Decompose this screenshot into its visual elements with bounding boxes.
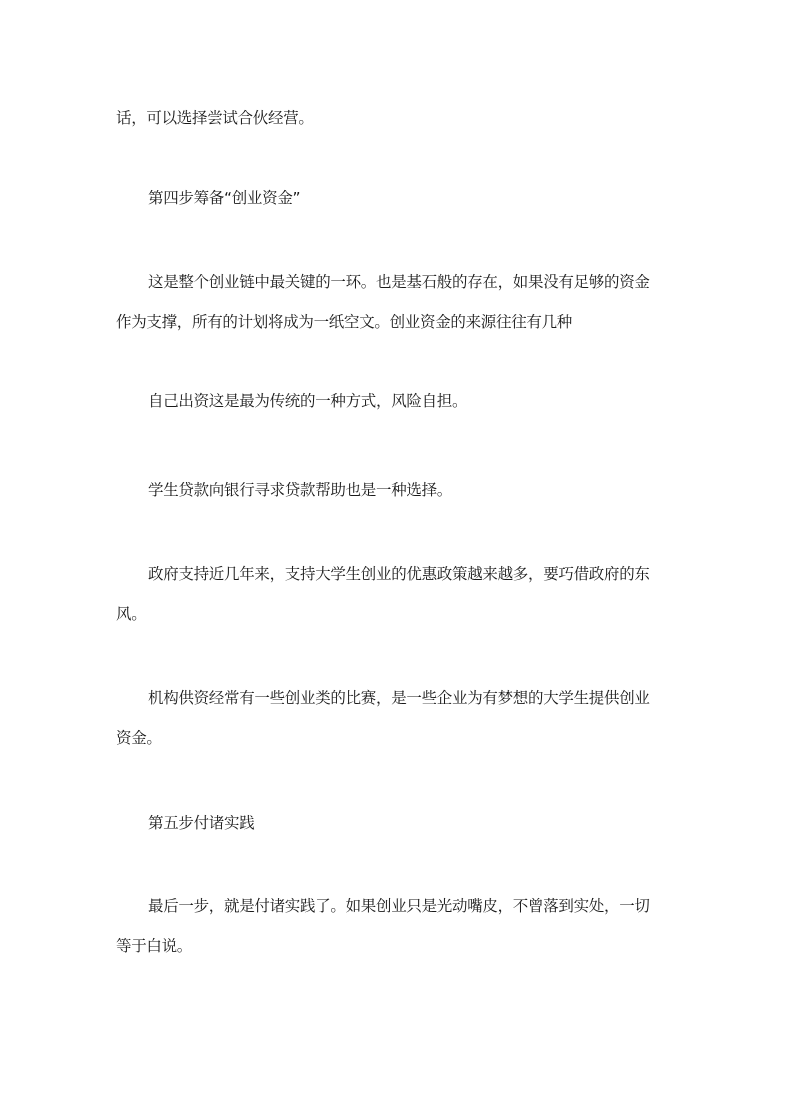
paragraph-institution-funding: 机构供资经常有一些创业类的比赛，是一些企业为有梦想的大学生提供创业 资金。 [116,678,682,758]
paragraph-self-funding: 自己出资这是最为传统的一种方式，风险自担。 [116,381,682,421]
paragraph-practice: 最后一步，就是付诸实践了。如果创业只是光动嘴皮，不曾落到实处，一切 等于白说。 [116,886,682,966]
paragraph-partnership: 话，可以选择尝试合伙经营。 [116,98,682,138]
paragraph-line: 作为支撑，所有的计划将成为一纸空文。创业资金的来源往往有几种 [116,302,682,342]
document-page: 话，可以选择尝试合伙经营。 第四步筹备“创业资金” 这是整个创业链中最关键的一环… [0,0,792,1120]
paragraph-line: 机构供资经常有一些创业类的比赛，是一些企业为有梦想的大学生提供创业 [116,678,682,718]
paragraph-line: 自己出资这是最为传统的一种方式，风险自担。 [116,381,682,421]
paragraph-funding-importance: 这是整个创业链中最关键的一环。也是基石般的存在，如果没有足够的资金 作为支撑，所… [116,262,682,342]
paragraph-student-loan: 学生贷款向银行寻求贷款帮助也是一种选择。 [116,470,682,510]
paragraph-government-support: 政府支持近几年来，支持大学生创业的优惠政策越来越多，要巧借政府的东 风。 [116,554,682,634]
paragraph-line: 资金。 [116,718,682,758]
paragraph-line: 话，可以选择尝试合伙经营。 [116,98,682,138]
paragraph-line: 政府支持近几年来，支持大学生创业的优惠政策越来越多，要巧借政府的东 [116,554,682,594]
paragraph-line: 最后一步，就是付诸实践了。如果创业只是光动嘴皮，不曾落到实处，一切 [116,886,682,926]
paragraph-line: 这是整个创业链中最关键的一环。也是基石般的存在，如果没有足够的资金 [116,262,682,302]
heading-step-five: 第五步付诸实践 [116,803,682,843]
paragraph-line: 学生贷款向银行寻求贷款帮助也是一种选择。 [116,470,682,510]
paragraph-line: 等于白说。 [116,926,682,966]
paragraph-line: 风。 [116,594,682,634]
heading-line: 第五步付诸实践 [116,803,682,843]
heading-line: 第四步筹备“创业资金” [116,178,682,218]
heading-step-four: 第四步筹备“创业资金” [116,178,682,218]
